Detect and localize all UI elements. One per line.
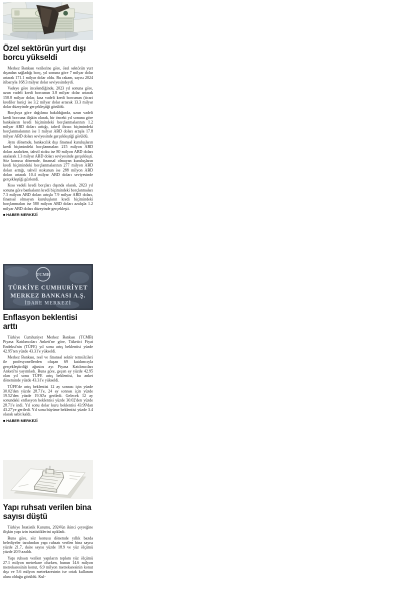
article-private-sector-debt: Özel sektörün yurt dışı borcu yükseldi M… bbox=[3, 2, 93, 258]
article-paragraph: Yapı ruhsatı verilen yapıların toplam yü… bbox=[3, 556, 93, 579]
article-paragraph: Aynı dönemde, bankacılık dışı finansal k… bbox=[3, 140, 93, 182]
article-paragraph: Merkez Bankası, reel ve finansal sektör … bbox=[3, 355, 93, 383]
dollar-banknotes-photo bbox=[3, 2, 93, 40]
article-headline: Yapı ruhsatı verilen bina sayısı düştü bbox=[3, 503, 93, 521]
byline: ■ HABER MERKEZİ bbox=[3, 419, 93, 424]
article-building-permits: Yapı ruhsatı verilen bina sayısı düştü T… bbox=[3, 460, 93, 589]
plaque-line-3: İDARE MERKEZİ bbox=[25, 301, 72, 307]
svg-text:TCMB: TCMB bbox=[36, 272, 49, 277]
article-body: Türkiye Cumhuriyet Merkez Bankası (TCMB)… bbox=[3, 335, 93, 453]
article-paragraph: Merkez Bankası verilerine göre, özel sek… bbox=[3, 66, 93, 85]
article-body: Türkiye İstatistik Kurumu, 2024'ün ikinc… bbox=[3, 525, 93, 590]
article-paragraph: Kısa vadeli kredi borçları dışında olara… bbox=[3, 183, 93, 211]
article-paragraph: Buna göre, söz konusu dönemde yıllık baz… bbox=[3, 535, 93, 554]
article-paragraph: Türkiye İstatistik Kurumu, 2024'ün ikinc… bbox=[3, 525, 93, 534]
plaque-line-1: TÜRKİYE CUMHURİYET bbox=[8, 284, 87, 292]
plaque-line-2: MERKEZ BANKASI A.Ş. bbox=[10, 294, 85, 300]
article-paragraph: TÜFE'de artış beklentisi 12 ay sonrası i… bbox=[3, 385, 93, 417]
article-headline: Özel sektörün yurt dışı borcu yükseldi bbox=[3, 44, 93, 62]
building-sketch-photo bbox=[3, 460, 93, 499]
article-inflation-expectation: TCMB TÜRKİYE CUMHURİYET MERKEZ BANKASI A… bbox=[3, 264, 93, 453]
article-paragraph: Türkiye Cumhuriyet Merkez Bankası (TCMB)… bbox=[3, 335, 93, 354]
news-column: Özel sektörün yurt dışı borcu yükseldi M… bbox=[3, 0, 93, 590]
tcmb-plaque-photo: TCMB TÜRKİYE CUMHURİYET MERKEZ BANKASI A… bbox=[3, 264, 93, 310]
article-headline: Enflasyon beklentisi arttı bbox=[3, 313, 93, 331]
article-paragraph: Vadeye göre incelendiğinde, 2023 yıl son… bbox=[3, 86, 93, 109]
article-paragraph: Borçluya göre dağılıma bakıldığında, uzu… bbox=[3, 111, 93, 139]
byline: ■ HABER MERKEZİ bbox=[3, 213, 93, 218]
article-body: Merkez Bankası verilerine göre, özel sek… bbox=[3, 66, 93, 258]
